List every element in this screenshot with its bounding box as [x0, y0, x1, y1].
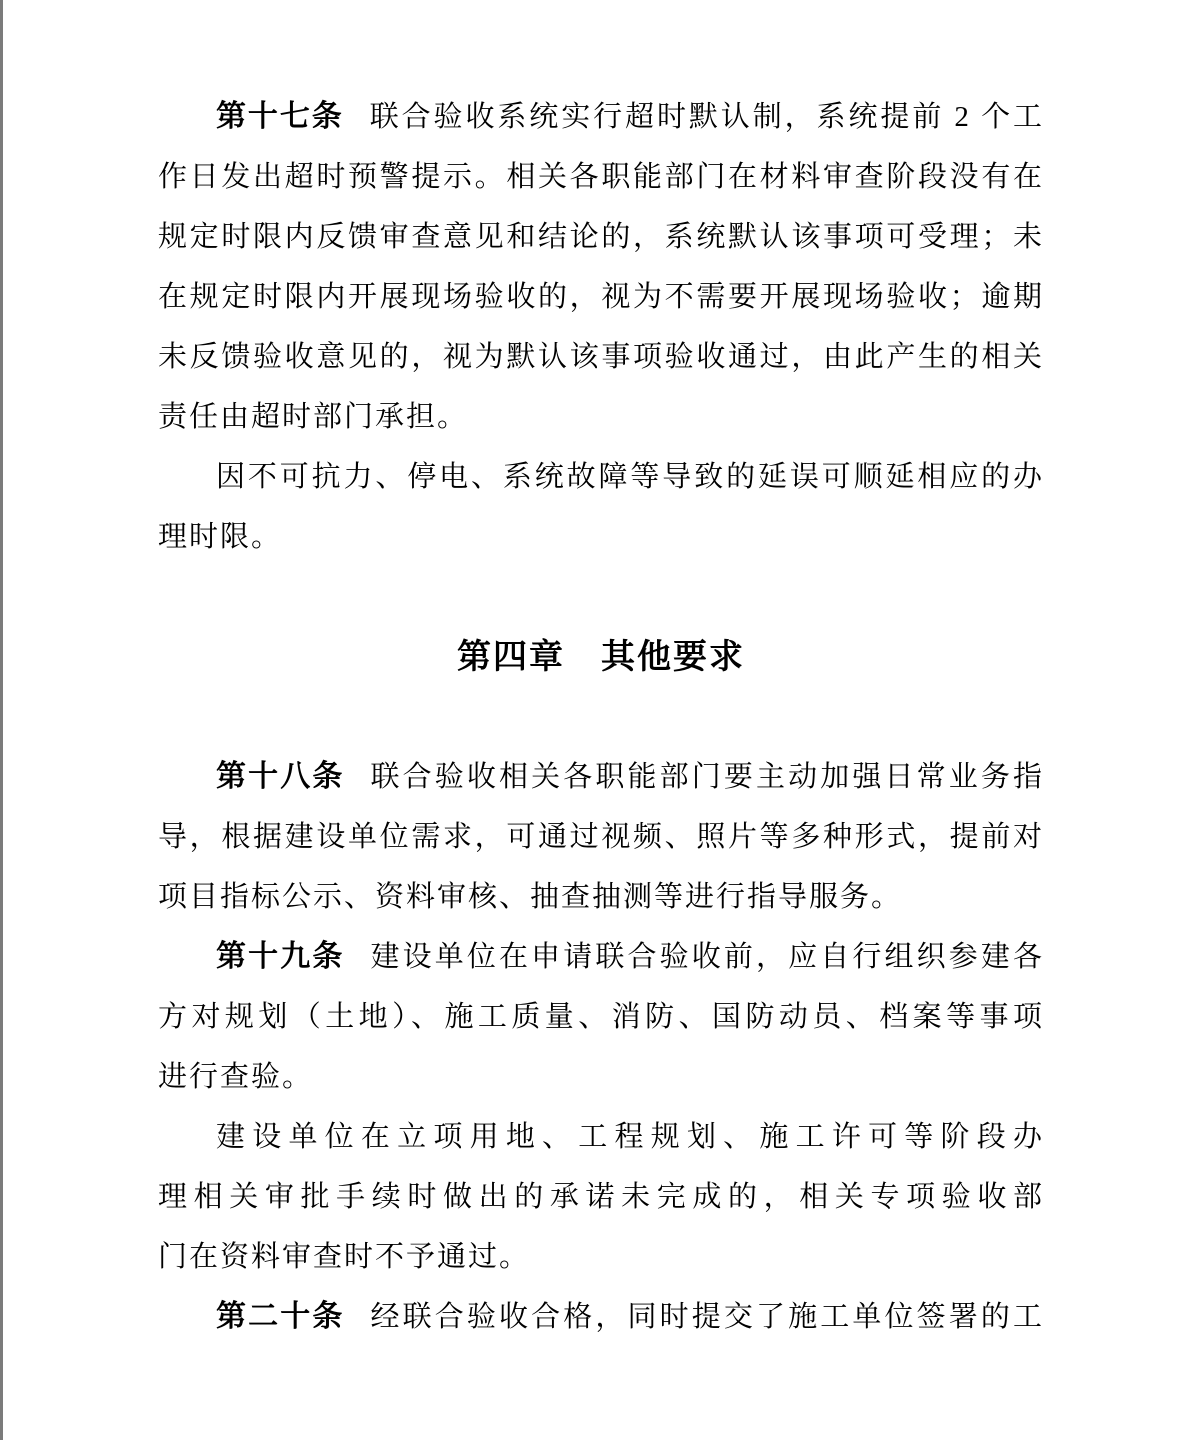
text-line: 理相关审批手续时做出的承诺未完成的，相关专项验收部 [158, 1167, 1044, 1227]
text-line: 因不可抗力、停电、系统故障等导致的延误可顺延相应的办 [158, 447, 1044, 507]
text-line: 项目指标公示、资料审核、抽查抽测等进行指导服务。 [158, 867, 1044, 927]
text-line: 建设单位在立项用地、工程规划、施工许可等阶段办 [158, 1107, 1044, 1167]
text-line: 第十九条建设单位在申请联合验收前，应自行组织参建各 [158, 927, 1044, 987]
paragraph-article-19: 第十九条建设单位在申请联合验收前，应自行组织参建各 方对规划（土地）、施工质量、… [158, 927, 1044, 1107]
text-line: 规定时限内反馈审查意见和结论的，系统默认该事项可受理；未 [158, 207, 1044, 267]
text-line: 未反馈验收意见的，视为默认该事项验收通过，由此产生的相关 [158, 327, 1044, 387]
line-text: 联合验收系统实行超时默认制，系统提前 2 个工 [370, 101, 1044, 133]
text-line: 理时限。 [158, 507, 1044, 567]
paragraph-article-20: 第二十条经联合验收合格，同时提交了施工单位签署的工 [158, 1287, 1044, 1347]
text-line: 责任由超时部门承担。 [158, 387, 1044, 447]
paragraph-commitment: 建设单位在立项用地、工程规划、施工许可等阶段办 理相关审批手续时做出的承诺未完成… [158, 1107, 1044, 1287]
text-line: 方对规划（土地）、施工质量、消防、国防动员、档案等事项 [158, 987, 1044, 1047]
article-19-label: 第十九条 [216, 940, 345, 973]
text-line: 门在资料审查时不予通过。 [158, 1227, 1044, 1287]
chapter-heading: 第四章其他要求 [158, 627, 1044, 687]
line-text: 经联合验收合格，同时提交了施工单位签署的工 [371, 1301, 1045, 1333]
line-text: 建设单位在申请联合验收前，应自行组织参建各 [371, 941, 1045, 973]
article-20-label: 第二十条 [216, 1300, 345, 1333]
text-line: 第十七条联合验收系统实行超时默认制，系统提前 2 个工 [158, 87, 1044, 147]
text-line: 作日发出超时预警提示。相关各职能部门在材料审查阶段没有在 [158, 147, 1044, 207]
article-18-label: 第十八条 [216, 760, 345, 793]
paragraph-force-majeure: 因不可抗力、停电、系统故障等导致的延误可顺延相应的办 理时限。 [158, 447, 1044, 567]
paragraph-article-17: 第十七条联合验收系统实行超时默认制，系统提前 2 个工 作日发出超时预警提示。相… [158, 87, 1044, 447]
line-text: 联合验收相关各职能部门要主动加强日常业务指 [371, 761, 1045, 793]
chapter-title: 其他要求 [601, 638, 745, 676]
text-line: 第二十条经联合验收合格，同时提交了施工单位签署的工 [158, 1287, 1044, 1347]
paragraph-article-18: 第十八条联合验收相关各职能部门要主动加强日常业务指 导，根据建设单位需求，可通过… [158, 747, 1044, 927]
text-line: 在规定时限内开展现场验收的，视为不需要开展现场验收；逾期 [158, 267, 1044, 327]
text-line: 导，根据建设单位需求，可通过视频、照片等多种形式，提前对 [158, 807, 1044, 867]
text-line: 进行查验。 [158, 1047, 1044, 1107]
page-left-edge [0, 0, 3, 1440]
text-line: 第十八条联合验收相关各职能部门要主动加强日常业务指 [158, 747, 1044, 807]
article-17-label: 第十七条 [216, 100, 344, 133]
document-content: 第十七条联合验收系统实行超时默认制，系统提前 2 个工 作日发出超时预警提示。相… [158, 87, 1044, 1347]
chapter-number: 第四章 [457, 638, 565, 676]
